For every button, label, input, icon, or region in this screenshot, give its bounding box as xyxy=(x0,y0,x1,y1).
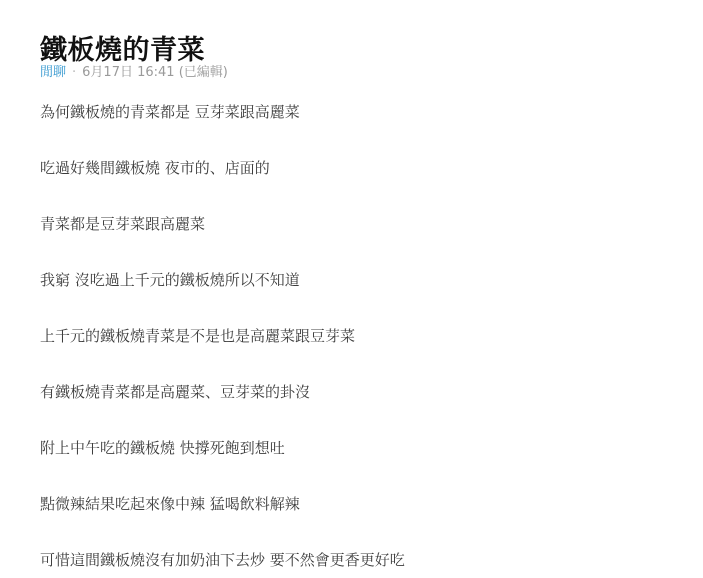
meta-separator: · xyxy=(72,65,76,80)
body-paragraph: 我窮 沒吃過上千元的鐵板燒所以不知道 xyxy=(40,269,300,290)
body-paragraph: 附上中午吃的鐵板燒 快撐死飽到想吐 xyxy=(40,437,285,458)
post-timestamp: 6月17日 16:41 xyxy=(82,65,174,80)
body-paragraph: 可惜這間鐵板燒沒有加奶油下去炒 要不然會更香更好吃 xyxy=(40,549,405,570)
post-meta: 閒聊·6月17日 16:41 (已編輯) xyxy=(40,61,228,80)
category-link[interactable]: 閒聊 xyxy=(40,65,66,80)
body-paragraph: 有鐵板燒青菜都是高麗菜、豆芽菜的卦沒 xyxy=(40,381,310,402)
body-paragraph: 上千元的鐵板燒青菜是不是也是高麗菜跟豆芽菜 xyxy=(40,325,355,346)
edited-label: (已編輯) xyxy=(179,65,228,80)
body-paragraph: 為何鐵板燒的青菜都是 豆芽菜跟高麗菜 xyxy=(40,101,300,122)
body-paragraph: 吃過好幾間鐵板燒 夜市的、店面的 xyxy=(40,157,270,178)
body-paragraph: 青菜都是豆芽菜跟高麗菜 xyxy=(40,213,205,234)
body-paragraph: 點微辣結果吃起來像中辣 猛喝飲料解辣 xyxy=(40,493,300,514)
